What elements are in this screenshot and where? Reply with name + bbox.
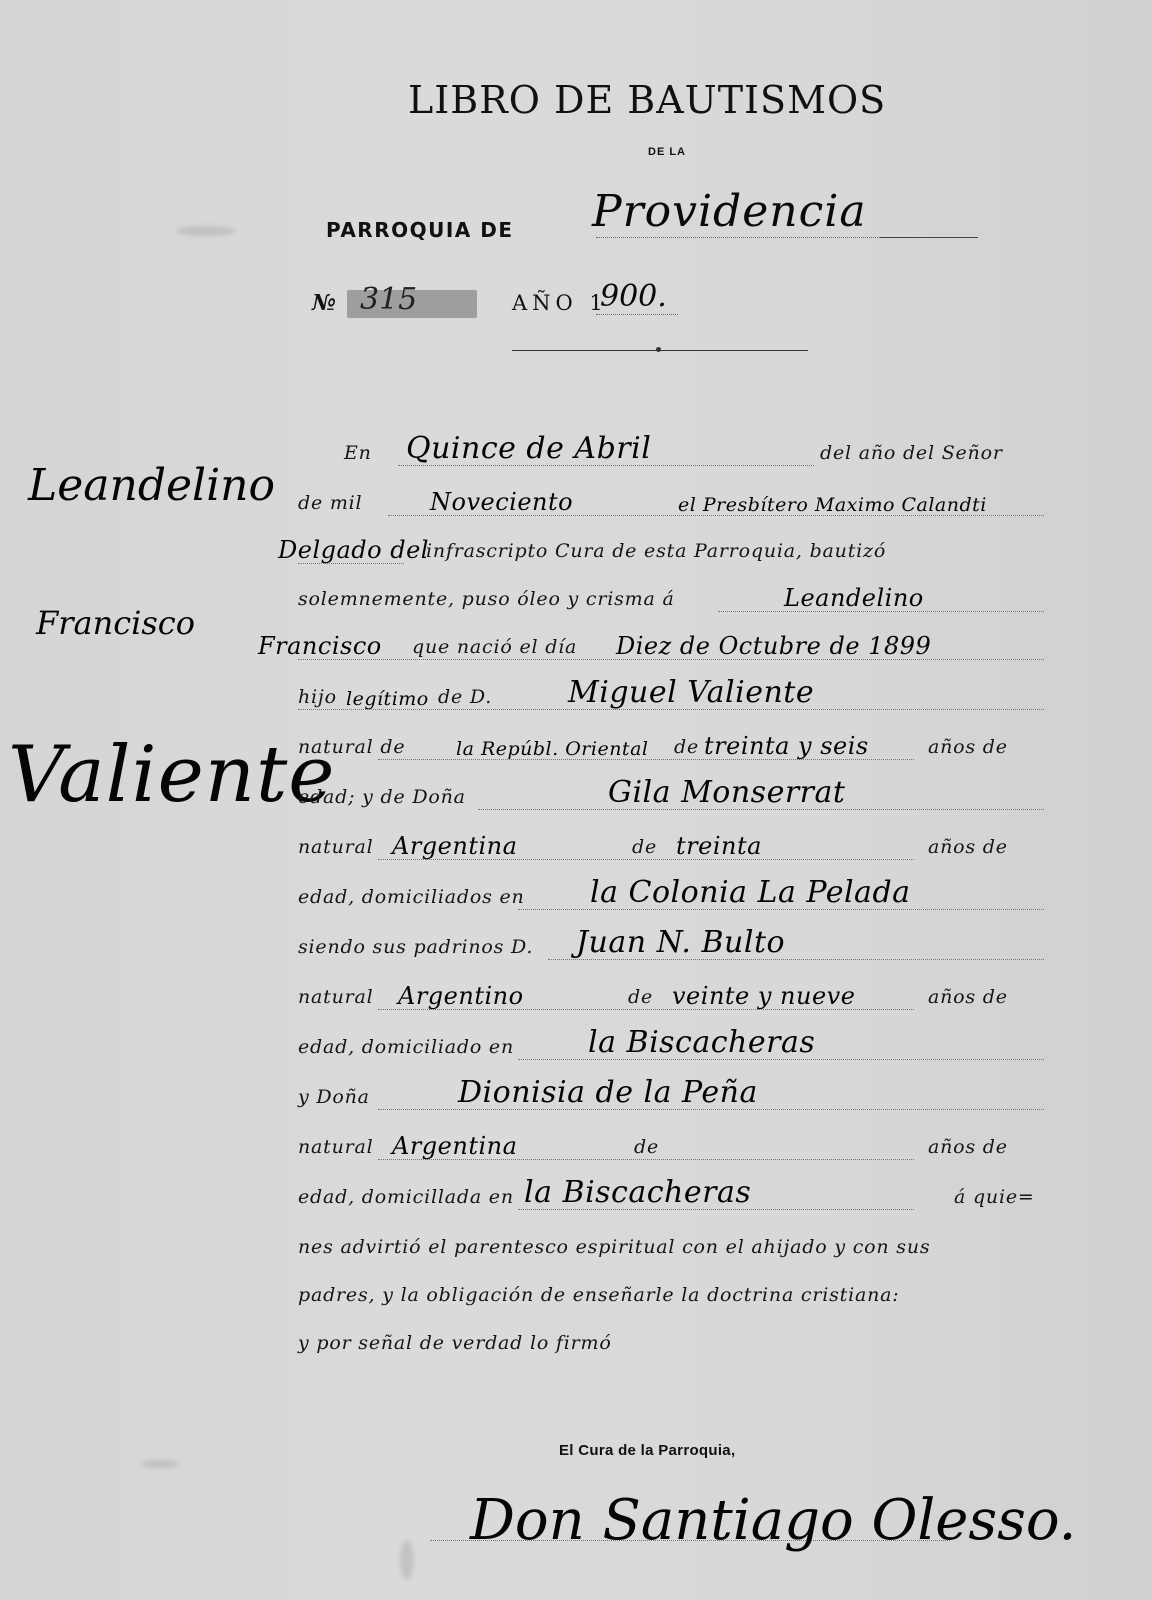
printed-text: años de <box>928 736 1008 758</box>
printed-text: á quie= <box>954 1186 1035 1208</box>
godfather-age: veinte y nueve <box>672 982 855 1010</box>
mother-origin: Argentina <box>392 832 517 860</box>
book-subtitle: DE LA <box>648 146 686 158</box>
printed-text: de <box>628 986 653 1008</box>
record-line: siendo sus padrinos D. Juan N. Bulto <box>298 928 1044 968</box>
birth-date: Diez de Octubre de 1899 <box>616 632 931 660</box>
margin-middle-name: Francisco <box>36 604 195 642</box>
printed-text: de <box>632 836 657 858</box>
printed-text: siendo sus padrinos D. <box>298 936 533 958</box>
godmother-origin: Argentina <box>392 1132 517 1160</box>
father-name: Miguel Valiente <box>568 675 814 710</box>
child-name: Leandelino <box>784 584 924 612</box>
record-line: Delgado del infrascripto Cura de esta Pa… <box>298 532 1044 572</box>
record-line: solemnemente, puso óleo y crisma á Leand… <box>298 580 1044 620</box>
printed-text: y por señal de verdad lo firmó <box>298 1332 612 1354</box>
record-line: En Quince de Abril del año del Señor <box>298 434 1044 474</box>
printed-text: natural <box>298 1136 374 1158</box>
margin-surname: Valiente <box>8 730 335 820</box>
printed-text: edad, domicillada en <box>298 1186 514 1208</box>
printed-text: años de <box>928 836 1008 858</box>
record-line: de mil Noveciento el Presbítero Maximo C… <box>298 484 1044 524</box>
printed-text: de <box>634 1136 659 1158</box>
record-line: edad; y de Doña Gila Monserrat <box>298 778 1044 818</box>
record-line: y Doña Dionisia de la Peña <box>298 1078 1044 1118</box>
godfather-origin: Argentino <box>398 982 524 1010</box>
printed-text: natural <box>298 986 374 1008</box>
record-line: natural de la Repúbl. Oriental de treint… <box>298 728 1044 768</box>
book-title: LIBRO DE BAUTISMOS <box>408 78 886 122</box>
parish-line-end <box>880 237 978 238</box>
father-origin: la Repúbl. Oriental <box>456 738 648 760</box>
year-value: 900. <box>600 279 667 314</box>
priest-role: Delgado del <box>278 536 429 564</box>
record-line: Francisco que nació el día Diez de Octub… <box>298 628 1044 668</box>
printed-text: infrascripto Cura de esta Parroquia, bau… <box>426 540 886 562</box>
printed-text: años de <box>928 986 1008 1008</box>
printed-text: de mil <box>298 492 362 514</box>
printed-text: En <box>344 442 372 464</box>
printed-text: hijo <box>298 686 337 708</box>
printed-text: y Doña <box>298 1086 370 1108</box>
printed-text: nes advirtió el parentesco espiritual co… <box>298 1236 930 1258</box>
year-label: AÑO 1 <box>512 291 608 315</box>
margin-given-name: Leandelino <box>28 460 275 511</box>
signer-title: El Cura de la Parroquia, <box>559 1442 735 1459</box>
record-line: y por señal de verdad lo firmó <box>298 1324 1044 1364</box>
number-label: № <box>312 290 336 316</box>
header-divider-dot <box>656 347 661 352</box>
mother-name: Gila Monserrat <box>608 775 845 810</box>
record-line: edad, domiciliados en la Colonia La Pela… <box>298 878 1044 918</box>
printed-text: natural <box>298 836 374 858</box>
record-line: padres, y la obligación de enseñarle la … <box>298 1276 1044 1316</box>
record-line: edad, domiciliado en la Biscacheras <box>298 1028 1044 1068</box>
printed-text: edad; y de Doña <box>298 786 466 808</box>
parish-name: Providencia <box>592 186 867 237</box>
printed-text: que nació el día <box>412 636 577 658</box>
baptism-record-page: LIBRO DE BAUTISMOS DE LA PARROQUIA DE Pr… <box>0 0 1152 1600</box>
record-line: edad, domicillada en la Biscacheras á qu… <box>298 1178 1044 1218</box>
printed-text: de D. <box>438 686 492 708</box>
printed-text: padres, y la obligación de enseñarle la … <box>298 1284 899 1306</box>
record-line: natural Argentina de años de <box>298 1128 1044 1168</box>
printed-text: solemnemente, puso óleo y crisma á <box>298 588 675 610</box>
ink-smudge <box>140 1460 180 1468</box>
record-line: hijo legítimo de D. Miguel Valiente <box>298 678 1044 718</box>
parish-label: PARROQUIA DE <box>326 218 514 242</box>
year-words: Noveciento <box>430 488 573 516</box>
printed-text: años de <box>928 1136 1008 1158</box>
mother-age: treinta <box>676 832 762 860</box>
officiating-priest: el Presbítero Maximo Calandti <box>678 494 987 516</box>
printed-text: edad, domiciliados en <box>298 886 525 908</box>
priest-signature: Don Santiago Olesso. <box>470 1488 1076 1553</box>
child-middle-name: Francisco <box>258 632 382 660</box>
printed-text: de <box>674 736 699 758</box>
legitimacy: legítimo <box>346 688 429 710</box>
parents-domicile: la Colonia La Pelada <box>590 875 911 910</box>
record-number: 315 <box>360 282 417 317</box>
printed-text: del año del Señor <box>820 442 1003 464</box>
father-age: treinta y seis <box>704 732 869 760</box>
godmother-domicile: la Biscacheras <box>524 1175 751 1210</box>
godfather-name: Juan N. Bulto <box>576 925 785 960</box>
record-line: natural Argentina de treinta años de <box>298 828 1044 868</box>
baptism-date: Quince de Abril <box>406 431 651 466</box>
ink-smudge <box>400 1540 414 1580</box>
record-line: nes advirtió el parentesco espiritual co… <box>298 1228 1044 1268</box>
godmother-name: Dionisia de la Peña <box>458 1075 758 1110</box>
printed-text: natural de <box>298 736 405 758</box>
godfather-domicile: la Biscacheras <box>588 1025 815 1060</box>
record-line: natural Argentino de veinte y nueve años… <box>298 978 1044 1018</box>
printed-text: edad, domiciliado en <box>298 1036 514 1058</box>
year-line <box>596 314 678 315</box>
ink-smudge <box>176 226 236 236</box>
